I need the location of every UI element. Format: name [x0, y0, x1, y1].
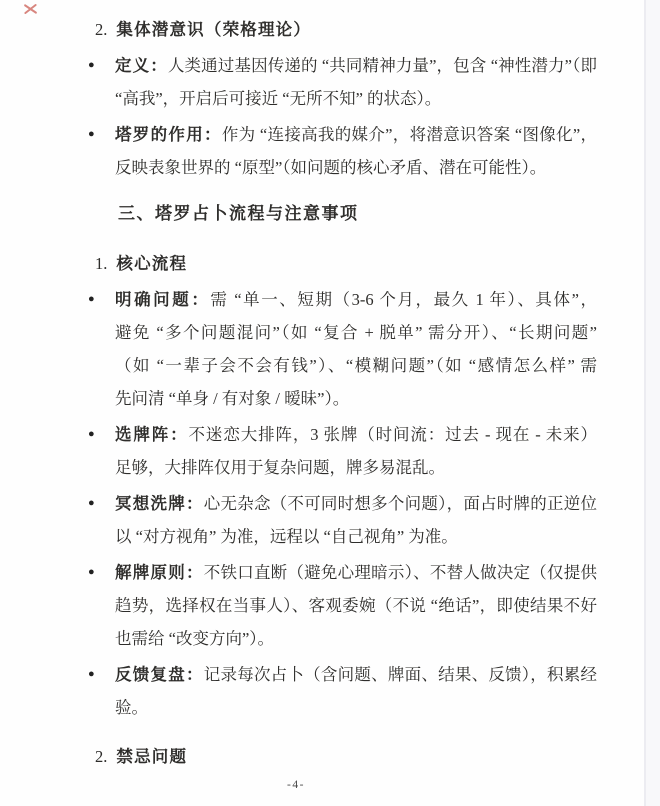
bullet-icon: ●: [88, 658, 115, 724]
heading-label: 核心流程: [116, 254, 187, 273]
bullet-text: “高我”，开启后可接近 “无所不知” 的状态）。: [115, 82, 597, 115]
page-number: -4-: [0, 779, 592, 791]
bullet-paragraph: 反馈复盘：记录每次占卜（含问题、牌面、结果、反馈），积累经 验。: [115, 658, 597, 724]
heading-forbidden-questions: 2.禁忌问题: [88, 740, 597, 773]
bullet-paragraph: 选牌阵：不迷恋大排阵，3 张牌（时间流：过去 - 现在 - 未来） 足够，大排阵…: [115, 418, 597, 484]
bullet-text: 心无杂念（不可同时想多个问题），面占时牌的正逆位: [204, 494, 597, 513]
heading-core-process: 1.核心流程: [88, 247, 597, 280]
bullet-text: 也需给 “改变方向”）。: [115, 622, 597, 655]
heading-number: 1.: [88, 247, 107, 280]
bullet-icon: ●: [88, 556, 115, 655]
heading-label: 集体潜意识（荣格理论）: [116, 20, 311, 39]
bullet-paragraph: 明确问题：需 “单一、短期（3-6 个月，最久 1 年）、具体”， 避免 “多个…: [115, 283, 597, 415]
bullet-lead: 冥想洗牌：: [115, 494, 204, 513]
bullet-icon: ●: [88, 487, 115, 553]
bullet-text: 需 “单一、短期（3-6 个月，最久 1 年）、具体”，: [210, 290, 597, 309]
bullet-text: （如 “一辈子会不会有钱”）、“模糊问题”（如 “感情怎么样” 需: [115, 349, 597, 382]
heading-number: 2.: [88, 740, 107, 773]
bullet-tarot-role: ● 塔罗的作用：作为 “连接高我的媒介”，将潜意识答案 “图像化”， 反映表象世…: [88, 118, 597, 184]
bullet-paragraph: 冥想洗牌：心无杂念（不可同时想多个问题），面占时牌的正逆位 以 “对方视角” 为…: [115, 487, 597, 553]
bullet-lead: 定义：: [115, 56, 168, 75]
bullet-text: 不铁口直断（避免心理暗示）、不替人做决定（仅提供: [204, 563, 597, 582]
bullet-lead: 明确问题：: [115, 290, 210, 309]
bullet-text: 反映表象世界的 “原型”（如问题的核心矛盾、潜在可能性）。: [115, 151, 597, 184]
bullet-text: 以 “对方视角” 为准，远程以 “自己视角” 为准。: [115, 520, 597, 553]
bullet-icon: ●: [88, 283, 115, 415]
bullet-text: 人类通过基因传递的 “共同精神力量”，包含 “神性潜力”（即: [168, 56, 597, 75]
heading-label: 禁忌问题: [116, 747, 187, 766]
heading-number: 2.: [88, 13, 107, 46]
bullet-text: 先问清 “单身 / 有对象 / 暧昧”）。: [115, 382, 597, 415]
bullet-text: 足够，大排阵仅用于复杂问题，牌多易混乱。: [115, 451, 597, 484]
bullet-choose-spread: ● 选牌阵：不迷恋大排阵，3 张牌（时间流：过去 - 现在 - 未来） 足够，大…: [88, 418, 597, 484]
bullet-text: 趋势，选择权在当事人）、客观委婉（不说 “绝话”，即使结果不好: [115, 589, 597, 622]
bullet-icon: ●: [88, 49, 115, 115]
bullet-text: 不迷恋大排阵，3 张牌（时间流：过去 - 现在 - 未来）: [189, 425, 597, 444]
heading-collective-unconscious: 2.集体潜意识（荣格理论）: [88, 13, 597, 46]
bullet-reading-principles: ● 解牌原则：不铁口直断（避免心理暗示）、不替人做决定（仅提供 趋势，选择权在当…: [88, 556, 597, 655]
page-content: 2.集体潜意识（荣格理论） ● 定义：人类通过基因传递的 “共同精神力量”，包含…: [0, 0, 660, 773]
bullet-definition: ● 定义：人类通过基因传递的 “共同精神力量”，包含 “神性潜力”（即 “高我”…: [88, 49, 597, 115]
bullet-lead: 解牌原则：: [115, 563, 204, 582]
bullet-text: 记录每次占卜（含问题、牌面、结果、反馈），积累经: [204, 665, 597, 684]
bullet-lead: 反馈复盘：: [115, 665, 204, 684]
bullet-meditate-shuffle: ● 冥想洗牌：心无杂念（不可同时想多个问题），面占时牌的正逆位 以 “对方视角”…: [88, 487, 597, 553]
bullet-text: 避免 “多个问题混问”（如 “复合 + 脱单” 需分开）、“长期问题”: [115, 316, 597, 349]
bullet-feedback-review: ● 反馈复盘：记录每次占卜（含问题、牌面、结果、反馈），积累经 验。: [88, 658, 597, 724]
bullet-text: 作为 “连接高我的媒介”，将潜意识答案 “图像化”，: [222, 125, 597, 144]
bullet-paragraph: 定义：人类通过基因传递的 “共同精神力量”，包含 “神性潜力”（即 “高我”，开…: [115, 49, 597, 115]
bullet-icon: ●: [88, 118, 115, 184]
bullet-paragraph: 解牌原则：不铁口直断（避免心理暗示）、不替人做决定（仅提供 趋势，选择权在当事人…: [115, 556, 597, 655]
bullet-text: 验。: [115, 691, 597, 724]
bullet-lead: 选牌阵：: [115, 425, 189, 444]
bullet-lead: 塔罗的作用：: [115, 125, 222, 144]
document-page: 2.集体潜意识（荣格理论） ● 定义：人类通过基因传递的 “共同精神力量”，包含…: [0, 0, 660, 806]
bullet-paragraph: 塔罗的作用：作为 “连接高我的媒介”，将潜意识答案 “图像化”， 反映表象世界的…: [115, 118, 597, 184]
bullet-icon: ●: [88, 418, 115, 484]
section-heading-tarot-process: 三、塔罗占卜流程与注意事项: [88, 197, 597, 230]
bullet-clarify-question: ● 明确问题：需 “单一、短期（3-6 个月，最久 1 年）、具体”， 避免 “…: [88, 283, 597, 415]
